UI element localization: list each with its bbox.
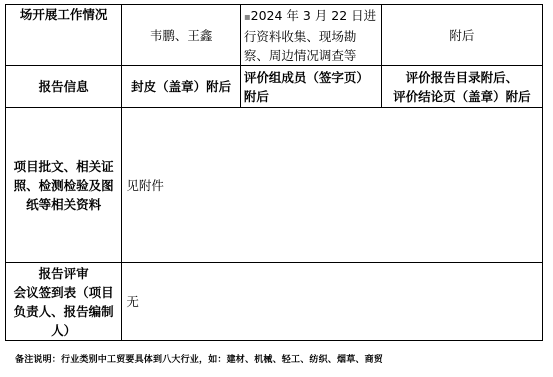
toc-line-1: 评价报告目录附后、 [385,68,539,87]
activity-cell: ▪2024 年 3 月 22 日进行资料收集、现场勘察、周边情况调查等 [240,5,381,66]
toc-line-2: 评价结论页（盖章）附后 [385,87,539,106]
members-cell: 评价组成员（签字页）附后 [240,66,381,108]
bullet-icon: ▪ [244,12,251,23]
table-row-documents: 项目批文、相关证照、检测检验及图纸等相关资料 见附件 [6,108,543,263]
work-attachment-cell: 附后 [381,5,542,66]
report-info-label: 报告信息 [6,66,122,108]
documents-label: 项目批文、相关证照、检测检验及图纸等相关资料 [6,108,122,263]
documents-value: 见附件 [122,108,543,263]
table-row-signin: 报告评审 会议签到表（项目负责人、报告编制人） 无 [6,263,543,341]
signin-label-line-1: 报告评审 [9,264,118,283]
footnote: 备注说明：行业类别中工贸要具体到八大行业，如：建材、机械、轻工、纺织、烟草、商贸 [15,352,383,365]
activity-text: 2024 年 3 月 22 日进行资料收集、现场勘察、周边情况调查等 [244,8,376,63]
table-row-report-info: 报告信息 封皮（盖章）附后 评价组成员（签字页）附后 评价报告目录附后、 评价结… [6,66,543,108]
report-info-table: 场开展工作情况 韦鹏、王鑫 ▪2024 年 3 月 22 日进行资料收集、现场勘… [5,4,543,341]
signin-label-rest: 会议签到表（项目负责人、报告编制人） [9,283,118,340]
toc-cell: 评价报告目录附后、 评价结论页（盖章）附后 [381,66,542,108]
personnel-cell: 韦鹏、王鑫 [122,5,241,66]
signin-label: 报告评审 会议签到表（项目负责人、报告编制人） [6,263,122,341]
cover-cell: 封皮（盖章）附后 [122,66,241,108]
table-row-work-status: 场开展工作情况 韦鹏、王鑫 ▪2024 年 3 月 22 日进行资料收集、现场勘… [6,5,543,66]
work-status-label: 场开展工作情况 [6,5,122,66]
signin-value: 无 [122,263,543,341]
